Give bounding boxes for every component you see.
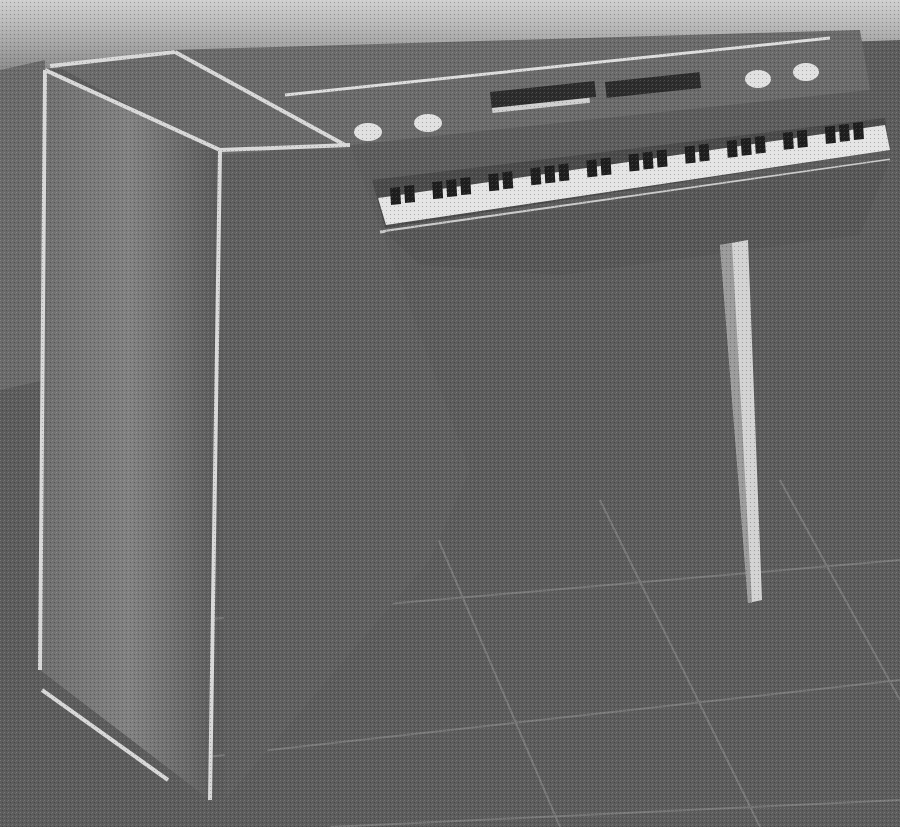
photo-organ: Grainy halftone black-and-white photogra…: [0, 0, 900, 827]
halftone-grain: [0, 0, 900, 827]
organ-illustration: [0, 0, 900, 827]
